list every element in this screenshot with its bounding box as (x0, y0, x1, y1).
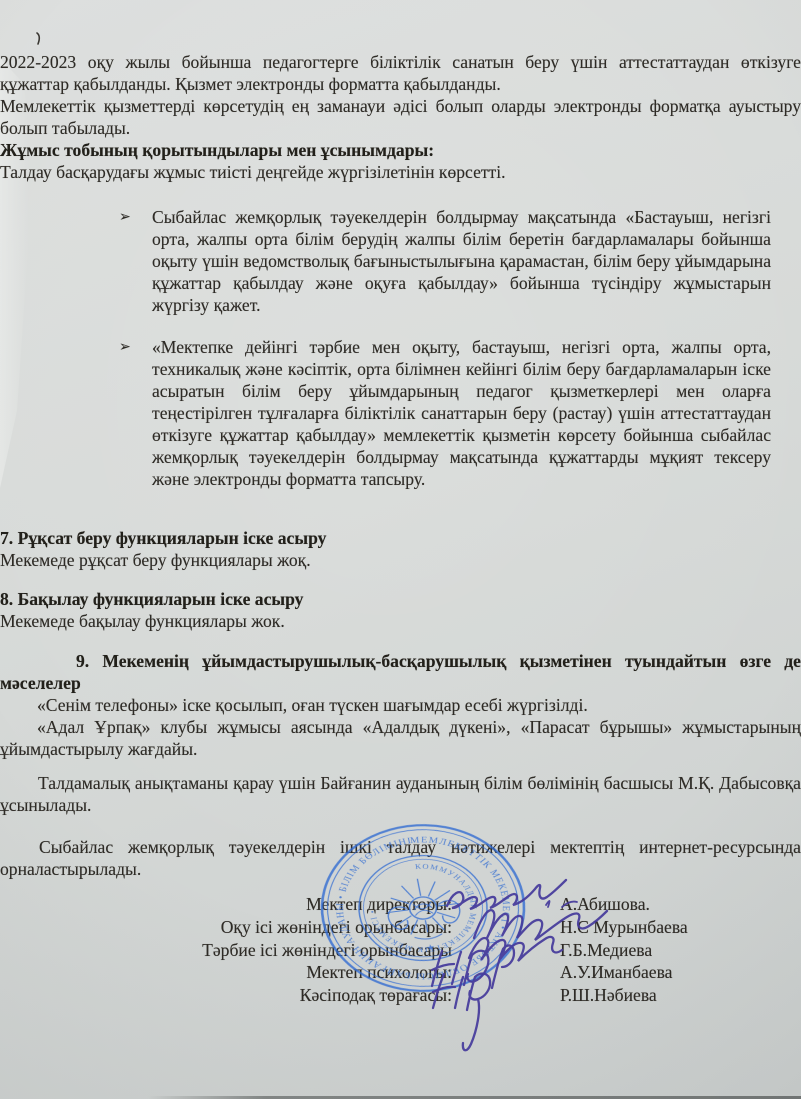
document-page: 2022-2023 оқу жылы бойынша педагогтерге … (0, 0, 801, 1099)
section-8: 8. Бақылау функцияларын іске асыру Мекем… (0, 588, 801, 632)
recommendation-text: Сыбайлас жемқорлық тәуекелдерін болдырма… (152, 207, 771, 315)
recommendation-text: «Мектепке дейінгі тәрбие мен оқыту, баст… (152, 337, 771, 489)
signature-label: Мектеп директоры: (0, 893, 452, 916)
signature-label: Мектеп психологы: (0, 961, 452, 984)
section-8-title: 8. Бақылау функцияларын іске асыру (0, 588, 801, 610)
recommendations-list: ➢ Сыбайлас жемқорлық тәуекелдерін болдыр… (0, 206, 801, 490)
signature-label: Тәрбие ісі жөніндегі орынбасары (0, 939, 452, 962)
signature-name: А.У.Иманбаева (452, 961, 801, 984)
referral-paragraph: Талдамалық анықтаманы қарау үшін Байғани… (0, 772, 801, 816)
state-services-paragraph: Мемлекеттік қызметтерді көрсетудің ең за… (0, 95, 801, 139)
intro-block: 2022-2023 оқу жылы бойынша педагогтерге … (0, 51, 801, 183)
conclusions-heading: Жұмыс тобының қорытындылары мен ұсынымда… (0, 139, 801, 161)
conclusions-lead: Талдау басқарудағы жұмыс тиісті деңгейде… (0, 161, 801, 183)
recommendations-block: ➢ Сыбайлас жемқорлық тәуекелдерін болдыр… (0, 206, 801, 490)
trust-phone-paragraph: «Сенім телефоны» іске қосылып, оған түск… (0, 694, 801, 716)
signature-name: А.Абишова. (452, 893, 801, 916)
signature-name: Н.С Мурынбаева (452, 916, 801, 939)
signature-block: Мектеп директоры: А.Абишова. Оқу ісі жөн… (0, 893, 801, 1007)
intro-paragraph: 2022-2023 оқу жылы бойынша педагогтерге … (0, 51, 801, 95)
signature-row: Мектеп психологы: А.У.Иманбаева (0, 961, 801, 984)
closing-block-1: Талдамалық анықтаманы қарау үшін Байғани… (0, 772, 801, 816)
signature-row: Кәсіподақ төрағасы: Р.Ш.Нәбиева (0, 984, 801, 1007)
section-7-body: Мекемеде рұқсат беру функциялары жоқ. (0, 549, 801, 571)
signature-label: Оқу ісі жөніндегі орынбасары: (0, 916, 452, 939)
arrow-bullet-icon: ➢ (119, 207, 131, 227)
arrow-bullet-icon: ➢ (119, 337, 131, 357)
section-7: 7. Рұқсат беру функцияларын іске асыру М… (0, 527, 801, 571)
signature-row: Тәрбие ісі жөніндегі орынбасары Г.Б.Меди… (0, 939, 801, 962)
signature-name: Р.Ш.Нәбиева (452, 984, 801, 1007)
signature-row: Оқу ісі жөніндегі орынбасары: Н.С Мурынб… (0, 916, 801, 939)
section-8-body: Мекемеде бақылау функциялары жок. (0, 610, 801, 632)
document-content: 2022-2023 оқу жылы бойынша педагогтерге … (0, 0, 801, 1099)
section-9-title: 9. Мекеменің ұйымдастырушылық-басқарушыл… (0, 650, 801, 694)
publication-paragraph: Сыбайлас жемқорлық тәуекелдерін ішкі тал… (0, 836, 801, 880)
section-7-title: 7. Рұқсат беру функцияларын іске асыру (0, 527, 801, 549)
signature-row: Мектеп директоры: А.Абишова. (0, 893, 801, 916)
list-item: ➢ Сыбайлас жемқорлық тәуекелдерін болдыр… (152, 206, 771, 316)
adal-urpak-paragraph: «Адал Ұрпақ» клубы жұмысы аясында «Адалд… (0, 716, 801, 760)
signature-label: Кәсіподақ төрағасы: (0, 984, 452, 1007)
closing-block-2: Сыбайлас жемқорлық тәуекелдерін ішкі тал… (0, 836, 801, 880)
list-item: ➢ «Мектепке дейінгі тәрбие мен оқыту, ба… (152, 336, 771, 490)
signature-name: Г.Б.Медиева (452, 939, 801, 962)
section-9: 9. Мекеменің ұйымдастырушылық-басқарушыл… (0, 650, 801, 760)
